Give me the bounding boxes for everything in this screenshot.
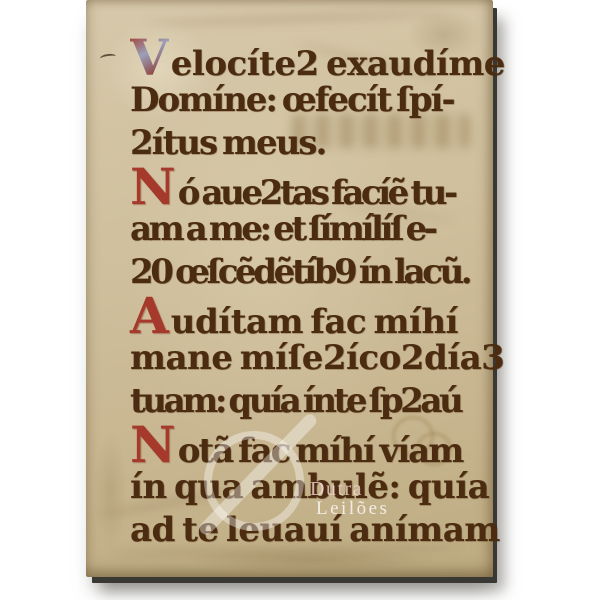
- text-line: Velocíte2 exaudíme: [130, 36, 490, 79]
- parchment-crease: [146, 11, 446, 26]
- text-line: Notã fac míhí víam: [130, 423, 490, 466]
- text-line: mane míſe2íco2día3: [130, 337, 490, 380]
- text-line: 20 œſcẽdẽtíb9 ín lacũ.: [130, 251, 490, 294]
- psalm-text-block: Velocíte2 exaudíme Domíne: œfecít ſpí- 2…: [130, 36, 490, 552]
- text-line-content: tuam: quía ínte ſp2aú: [130, 381, 460, 421]
- text-line: am a me: et ſímílíſ e-: [130, 208, 490, 251]
- text-line-content: Domíne: œfecít ſpí-: [130, 80, 454, 120]
- text-line-content: ad te leuauí anímam: [130, 510, 500, 550]
- text-line: 2ítus meus.: [130, 122, 490, 165]
- text-line-content: 20 œſcẽdẽtíb9 ín lacũ.: [130, 252, 469, 292]
- text-line: ín qua ambulẽ: quía: [130, 466, 490, 509]
- manuscript-leaf: Velocíte2 exaudíme Domíne: œfecít ſpí- 2…: [86, 0, 493, 577]
- text-line: Nó aue2tas facíẽ tu-: [130, 165, 490, 208]
- text-line: Audítam fac míhí: [130, 294, 490, 337]
- text-line: Domíne: œfecít ſpí-: [130, 79, 490, 122]
- text-line-content: otã fac míhí víam: [178, 431, 463, 471]
- photo-canvas: Velocíte2 exaudíme Domíne: œfecít ſpí- 2…: [0, 0, 600, 600]
- text-line: tuam: quía ínte ſp2aú: [130, 380, 490, 423]
- ink-speck: [100, 53, 117, 62]
- text-line-content: ín qua ambulẽ: quía: [130, 467, 489, 507]
- text-line-content: elocíte2 exaudíme: [171, 44, 505, 84]
- text-line-content: ó aue2tas facíẽ tu-: [178, 173, 455, 213]
- text-line-content: mane míſe2íco2día3: [130, 338, 504, 378]
- text-line-content: udítam fac míhí: [171, 302, 458, 342]
- text-line-content: am a me: et ſímílíſ e-: [130, 209, 435, 249]
- text-line: ad te leuauí anímam: [130, 509, 490, 552]
